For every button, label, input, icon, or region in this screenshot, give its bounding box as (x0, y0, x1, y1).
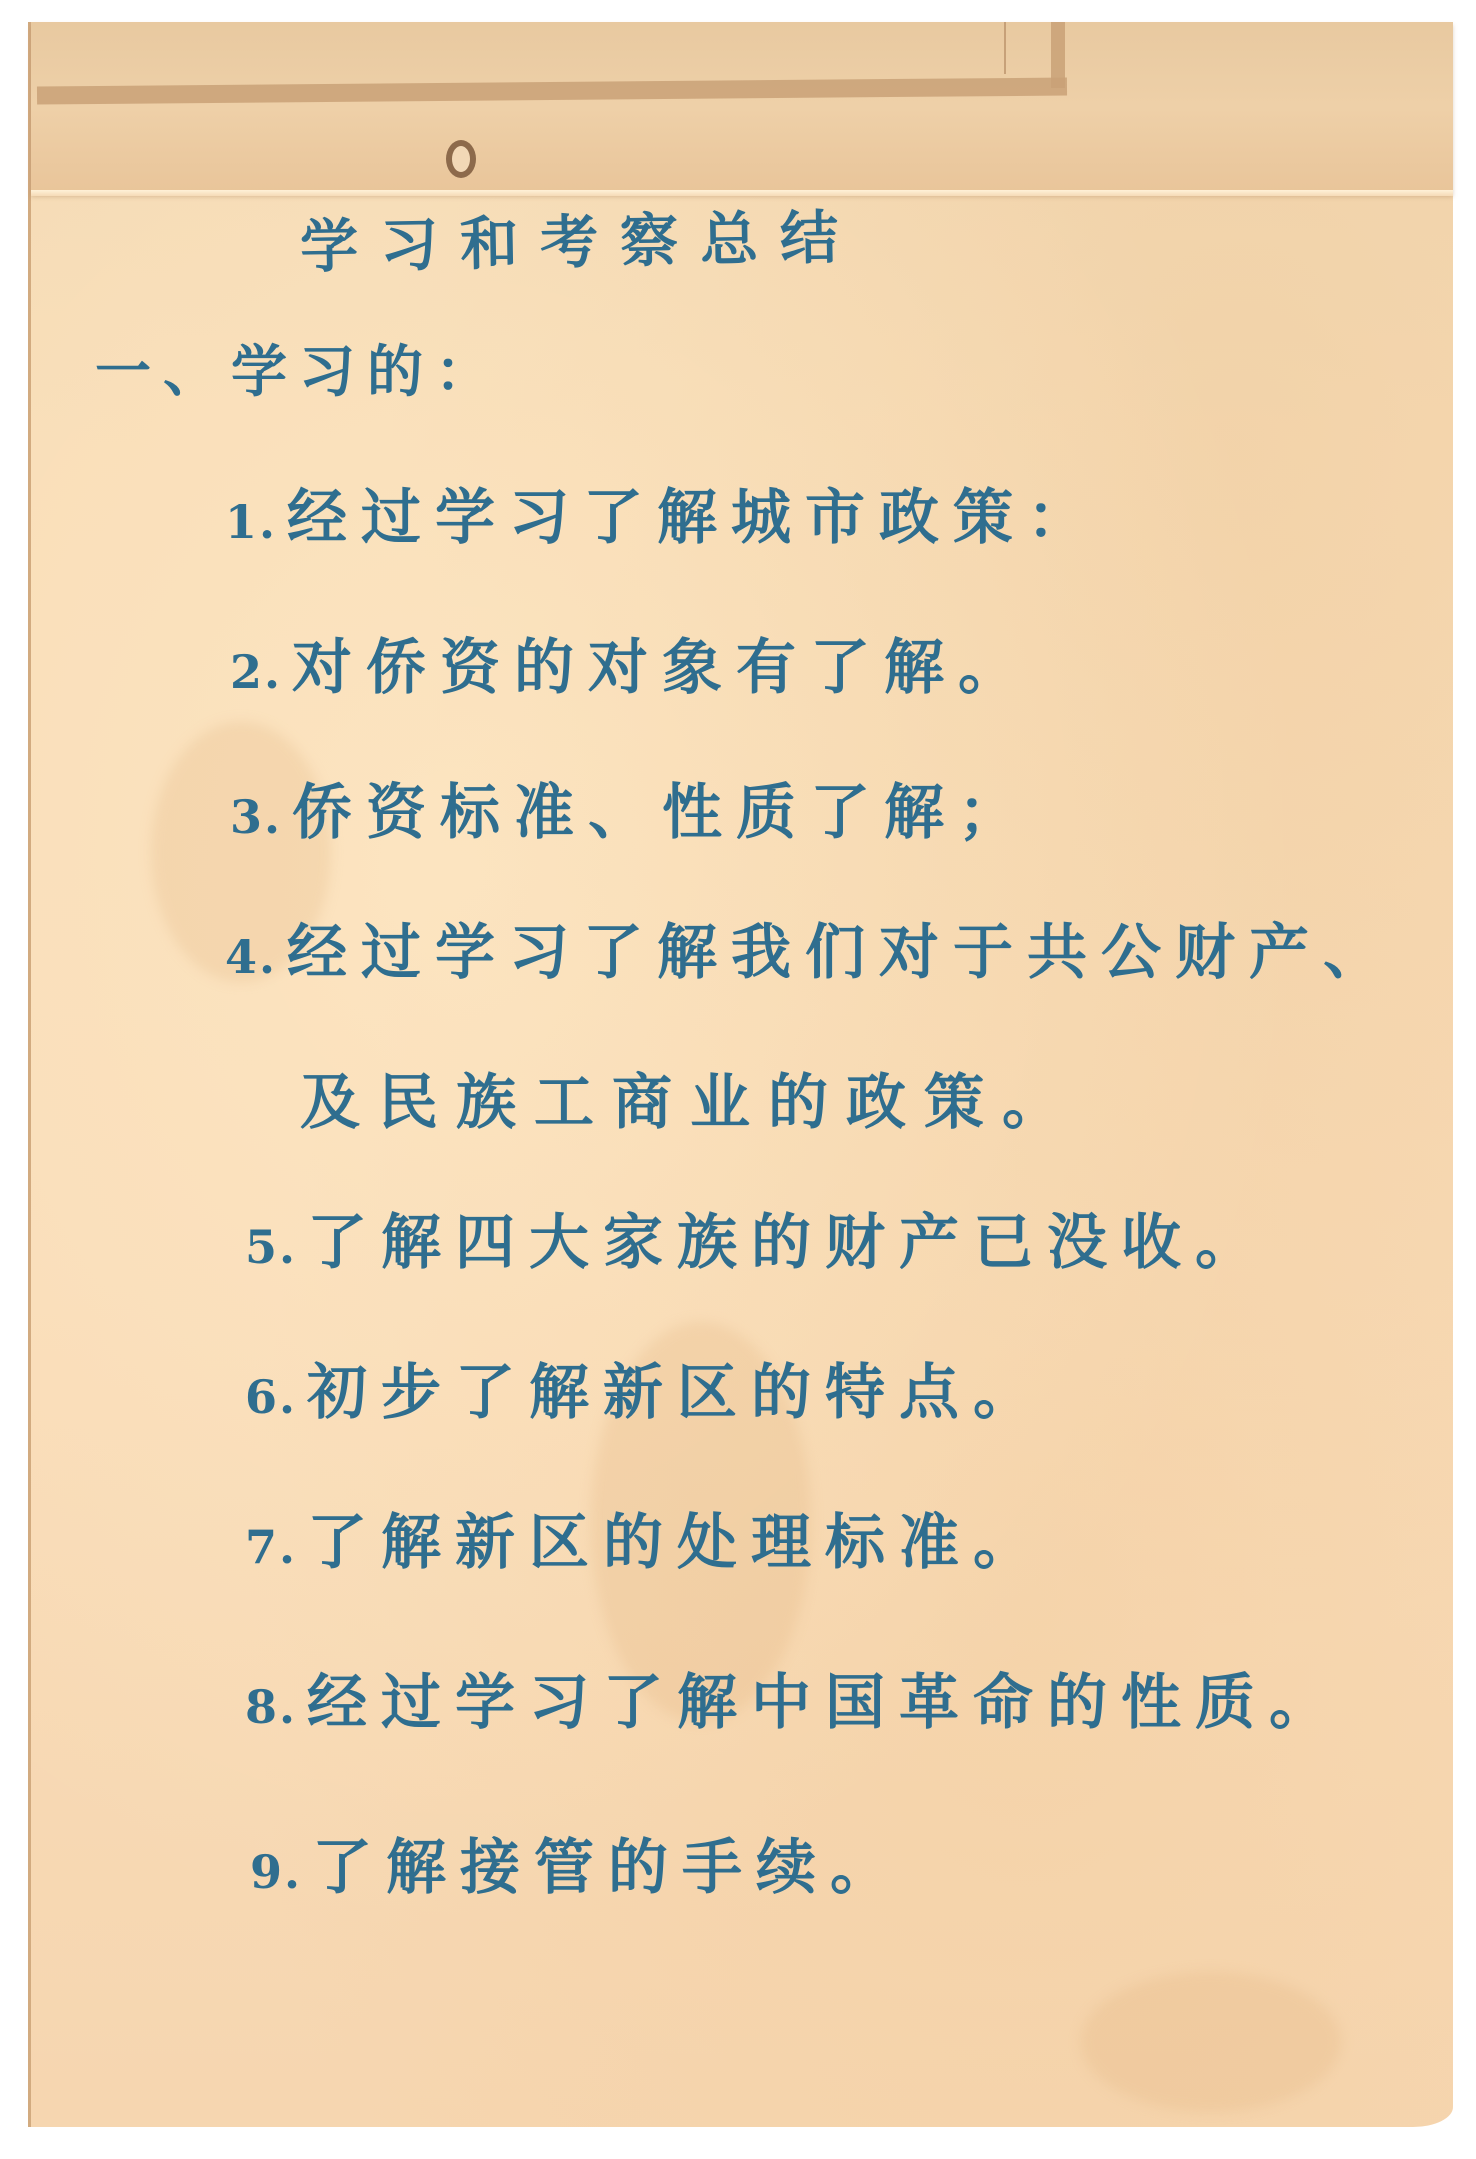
item-number: 3. (230, 790, 282, 844)
item-number: 6. (245, 1370, 297, 1424)
list-item: 6.初步了解新区的特点。 (245, 1345, 1047, 1431)
handwritten-content: 学习和考察总结 一、学习的： 1.经过学习了解城市政策： 2.对侨资的对象有了解… (0, 0, 1476, 2159)
list-item: 1.经过学习了解城市政策： (225, 470, 1101, 556)
item-text: 经过学习了解中国革命的性质。 (307, 1668, 1343, 1738)
section-heading: 一、学习的： (95, 328, 503, 408)
item-number: 5. (245, 1220, 297, 1274)
item-number: 4. (225, 930, 277, 984)
item-text: 对侨资的对象有了解。 (292, 633, 1032, 703)
list-item: 2.对侨资的对象有了解。 (230, 620, 1032, 706)
list-item: 7.了解新区的处理标准。 (245, 1495, 1047, 1581)
item-text: 初步了解新区的特点。 (307, 1358, 1047, 1428)
list-item: 3.侨资标准、性质了解； (230, 765, 1032, 851)
list-item: 9.了解接管的手续。 (250, 1820, 904, 1906)
item-text: 了解接管的手续。 (312, 1833, 904, 1903)
list-item-continuation: 及民族工商业的政策。 (300, 1055, 1080, 1141)
item-text: 侨资标准、性质了解； (292, 778, 1032, 848)
item-text: 了解四大家族的财产已没收。 (307, 1208, 1269, 1278)
list-item: 8.经过学习了解中国革命的性质。 (245, 1655, 1343, 1741)
item-text: 经过学习了解我们对于共公财产、 (287, 918, 1397, 988)
item-number: 7. (245, 1520, 297, 1574)
list-item: 4.经过学习了解我们对于共公财产、 (225, 905, 1397, 991)
item-number: 9. (250, 1845, 302, 1899)
list-item: 5.了解四大家族的财产已没收。 (245, 1195, 1269, 1281)
item-text: 经过学习了解城市政策： (287, 483, 1101, 553)
item-number: 2. (230, 645, 282, 699)
item-number: 8. (245, 1680, 297, 1734)
item-number: 1. (225, 495, 277, 549)
item-text: 了解新区的处理标准。 (307, 1508, 1047, 1578)
document-title: 学习和考察总结 (299, 190, 860, 284)
